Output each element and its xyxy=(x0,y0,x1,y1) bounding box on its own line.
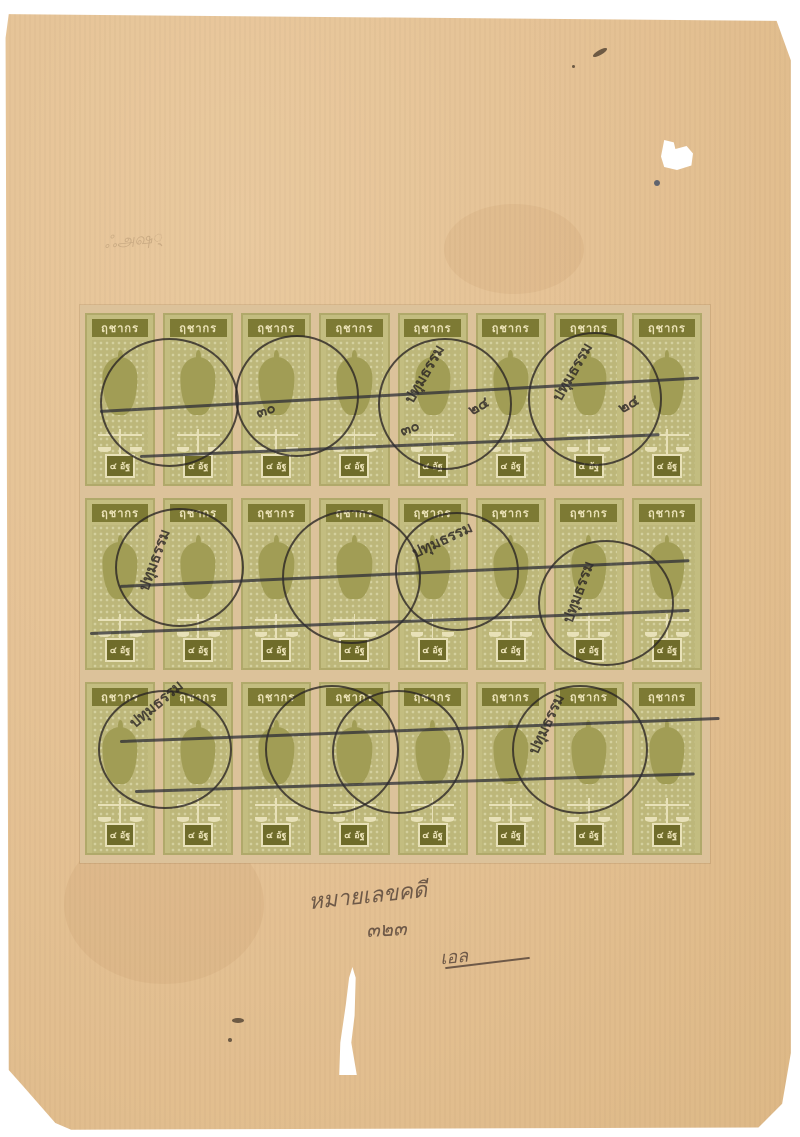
stamp-header: ฤชากร xyxy=(639,688,696,706)
stamp-header: ฤชากร xyxy=(482,688,539,706)
stamp-design: ๔ อัฐ xyxy=(482,525,539,669)
scales-of-justice-icon xyxy=(411,798,454,824)
king-portrait-icon xyxy=(493,727,528,784)
revenue-stamp: ฤชากร ๔ อัฐ xyxy=(163,682,233,855)
king-portrait-icon xyxy=(181,542,216,599)
stamp-header: ฤชากร xyxy=(248,688,305,706)
stamp-design: ๔ อัฐ xyxy=(326,340,383,484)
king-portrait-icon xyxy=(649,357,684,414)
stamp-header: ฤชากร xyxy=(639,319,696,337)
stamp-header: ฤชากร xyxy=(92,504,149,522)
stamp-header: ฤชากร xyxy=(404,504,461,522)
king-portrait-icon xyxy=(102,542,137,599)
scales-of-justice-icon xyxy=(98,429,141,455)
stamp-value: ๔ อัฐ xyxy=(496,823,526,847)
paper-stain xyxy=(444,204,584,294)
scales-of-justice-icon xyxy=(333,798,376,824)
stamp-header: ฤชากร xyxy=(560,504,617,522)
stamp-value: ๔ อัฐ xyxy=(496,454,526,478)
stamp-value: ๔ อัฐ xyxy=(574,454,604,478)
stamp-value: ๔ อัฐ xyxy=(105,638,135,662)
stamp-value: ๔ อัฐ xyxy=(183,454,213,478)
stamp-header: ฤชากร xyxy=(326,319,383,337)
scales-of-justice-icon xyxy=(567,798,610,824)
stamp-value: ๔ อัฐ xyxy=(574,638,604,662)
ink-spot xyxy=(232,1018,244,1023)
stamp-design: ๔ อัฐ xyxy=(170,525,227,669)
scales-of-justice-icon xyxy=(98,614,141,640)
handwritten-case-number: ๓๒๓ xyxy=(365,912,407,946)
stamp-value: ๔ อัฐ xyxy=(105,454,135,478)
stamp-header: ฤชากร xyxy=(248,504,305,522)
stamp-value: ๔ อัฐ xyxy=(339,454,369,478)
stamp-value: ๔ อัฐ xyxy=(418,454,448,478)
king-portrait-icon xyxy=(259,542,294,599)
stamp-header: ฤชากร xyxy=(482,319,539,337)
king-portrait-icon xyxy=(649,542,684,599)
stamp-header: ฤชากร xyxy=(404,688,461,706)
stamp-design: ๔ อัฐ xyxy=(560,709,617,853)
stamp-value: ๔ อัฐ xyxy=(652,823,682,847)
stamp-value: ๔ อัฐ xyxy=(183,823,213,847)
stamp-value: ๔ อัฐ xyxy=(339,638,369,662)
ink-spot xyxy=(572,65,575,68)
stamp-design: ๔ อัฐ xyxy=(639,709,696,853)
scales-of-justice-icon xyxy=(333,429,376,455)
stamp-header: ฤชากร xyxy=(92,319,149,337)
stamp-value: ๔ อัฐ xyxy=(105,823,135,847)
king-portrait-icon xyxy=(181,727,216,784)
revenue-stamp: ฤชากร ๔ อัฐ xyxy=(632,682,702,855)
revenue-stamp: ฤชากร ๔ อัฐ xyxy=(476,682,546,855)
scales-of-justice-icon xyxy=(255,798,298,824)
king-portrait-icon xyxy=(337,357,372,414)
stamp-value: ๔ อัฐ xyxy=(261,638,291,662)
revenue-stamp: ฤชากร ๔ อัฐ xyxy=(241,498,311,671)
stamp-value: ๔ อัฐ xyxy=(261,454,291,478)
revenue-stamp: ฤชากร ๔ อัฐ xyxy=(241,682,311,855)
revenue-stamp: ฤชากร ๔ อัฐ xyxy=(319,498,389,671)
stamp-value: ๔ อัฐ xyxy=(496,638,526,662)
stamp-header: ฤชากร xyxy=(326,688,383,706)
king-portrait-icon xyxy=(337,727,372,784)
stamp-header: ฤชากร xyxy=(482,504,539,522)
revenue-stamp: ฤชากร ๔ อัฐ xyxy=(632,313,702,486)
stamp-value: ๔ อัฐ xyxy=(261,823,291,847)
stamp-design: ๔ อัฐ xyxy=(170,340,227,484)
stamp-value: ๔ อัฐ xyxy=(418,823,448,847)
scales-of-justice-icon xyxy=(177,798,220,824)
stamp-header: ฤชากร xyxy=(170,504,227,522)
ink-spot xyxy=(654,180,660,186)
scales-of-justice-icon xyxy=(567,429,610,455)
stamp-value: ๔ อัฐ xyxy=(652,454,682,478)
king-portrait-icon xyxy=(415,727,450,784)
stamp-value: ๔ อัฐ xyxy=(574,823,604,847)
stamp-value: ๔ อัฐ xyxy=(652,638,682,662)
stamp-header: ฤชากร xyxy=(170,319,227,337)
stamp-header: ฤชากร xyxy=(248,319,305,337)
stamp-design: ๔ อัฐ xyxy=(326,525,383,669)
scales-of-justice-icon xyxy=(645,614,688,640)
revenue-stamp: ฤชากร ๔ อัฐ xyxy=(85,313,155,486)
stamp-header: ฤชากร xyxy=(560,319,617,337)
king-portrait-icon xyxy=(102,727,137,784)
scales-of-justice-icon xyxy=(98,798,141,824)
stamp-design: ๔ อัฐ xyxy=(92,525,149,669)
scales-of-justice-icon xyxy=(333,614,376,640)
stamp-header: ฤชากร xyxy=(326,504,383,522)
scales-of-justice-icon xyxy=(645,798,688,824)
revenue-stamp: ฤชากร ๔ อัฐ xyxy=(632,498,702,671)
king-portrait-icon xyxy=(102,357,137,414)
scales-of-justice-icon xyxy=(489,798,532,824)
stamp-design: ๔ อัฐ xyxy=(248,525,305,669)
stamp-value: ๔ อัฐ xyxy=(183,638,213,662)
stamp-value: ๔ อัฐ xyxy=(339,823,369,847)
stamp-design: ๔ อัฐ xyxy=(639,525,696,669)
king-portrait-icon xyxy=(337,542,372,599)
stamp-value: ๔ อัฐ xyxy=(418,638,448,662)
stamp-header: ฤชากร xyxy=(639,504,696,522)
revenue-stamp: ฤชากร ๔ อัฐ xyxy=(476,498,546,671)
stamp-design: ๔ อัฐ xyxy=(170,709,227,853)
revenue-stamp: ฤชากร ๔ อัฐ xyxy=(319,682,389,855)
revenue-stamp: ฤชากร ๔ อัฐ xyxy=(163,313,233,486)
revenue-stamp: ฤชากร ๔ อัฐ xyxy=(398,682,468,855)
stamp-design: ๔ อัฐ xyxy=(639,340,696,484)
ink-spot xyxy=(228,1038,232,1042)
stamp-design: ๔ อัฐ xyxy=(248,709,305,853)
stamp-header: ฤชากร xyxy=(404,319,461,337)
